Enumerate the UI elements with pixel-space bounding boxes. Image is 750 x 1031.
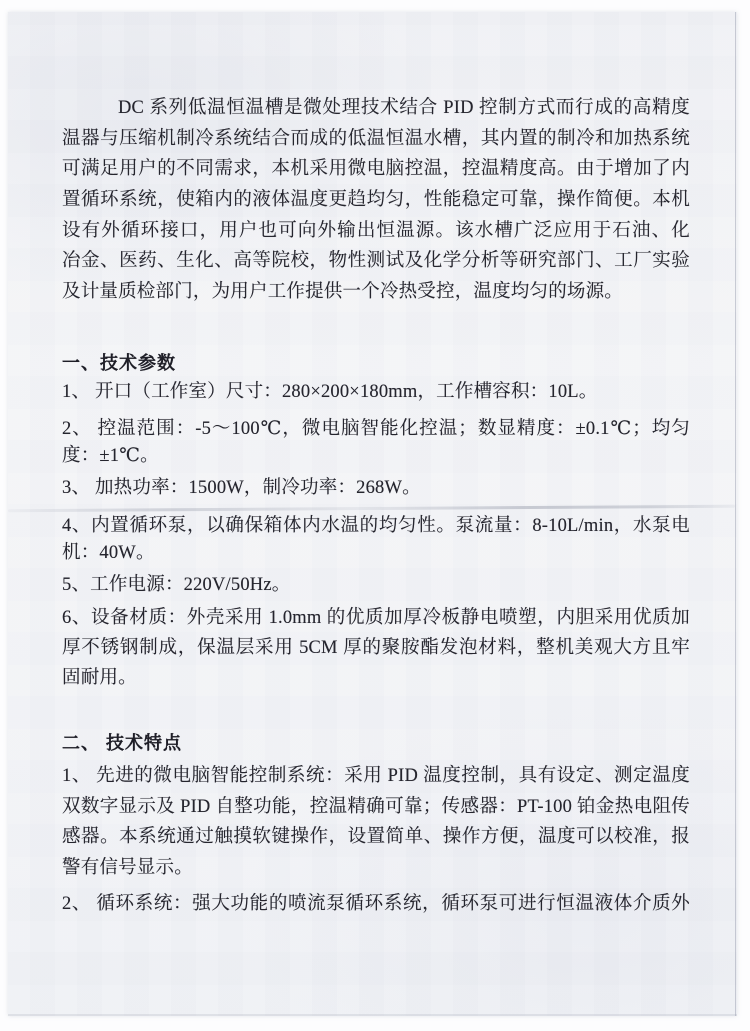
spec-item-line: 度：±1℃。 (62, 441, 690, 471)
intro-line: 温器与压缩机制冷系统结合而成的低温恒温水槽，其内置的制冷和加热系统 (62, 124, 690, 154)
spec-item-line: 5、工作电源：220V/50Hz。 (62, 570, 690, 600)
section-1-heading: 一、技术参数 (62, 348, 690, 378)
spec-item-line: 2、 控温范围：-5～100℃，微电脑智能化控温；数显精度：±0.1℃；均匀 (62, 414, 690, 444)
text-column: DC 系列低温恒温槽是微处理技术结合 PID 控制方式而行成的高精度恒 温器与压… (62, 0, 690, 1031)
intro-line: 冶金、医药、生化、高等院校，物性测试及化学分析等研究部门、工厂实验 (62, 246, 690, 276)
feature-item-line: 2、 循环系统：强大功能的喷流泵循环系统，循环泵可进行恒温液体介质外 (62, 889, 690, 919)
intro-line: DC 系列低温恒温槽是微处理技术结合 PID 控制方式而行成的高精度恒 (62, 93, 690, 123)
paper-edge-right (735, 12, 736, 1016)
section-2-heading: 二、 技术特点 (62, 728, 690, 758)
intro-line: 置循环系统，使箱内的液体温度更趋均匀，性能稳定可靠，操作简便。本机 (62, 185, 690, 215)
intro-line: 可满足用户的不同需求，本机采用微电脑控温，控温精度高。由于增加了内 (62, 154, 690, 184)
spec-item-line: 厚不锈钢制成，保温层采用 5CM 厚的聚胺酯发泡材料，整机美观大方且牢 (62, 633, 690, 663)
spec-item-line: 机：40W。 (62, 538, 690, 568)
spec-item-line: 3、 加热功率：1500W，制冷功率：268W。 (62, 473, 690, 503)
scanned-document-page: DC 系列低温恒温槽是微处理技术结合 PID 控制方式而行成的高精度恒 温器与压… (0, 0, 750, 1031)
spec-item-line: 4、内置循环泵，以确保箱体内水温的均匀性。泵流量：8-10L/min，水泵电 (62, 511, 690, 541)
feature-item-line: 警有信号显示。 (62, 853, 690, 883)
feature-item-line: 感器。本系统通过触摸软键操作，设置简单、操作方便，温度可以校准，报 (62, 822, 690, 852)
feature-item-line: 双数字显示及 PID 自整功能，控温精确可靠；传感器：PT-100 铂金热电阻传 (62, 792, 690, 822)
intro-line: 设有外循环接口，用户也可向外输出恒温源。该水槽广泛应用于石油、化工、 (62, 216, 690, 246)
spec-item-line: 6、设备材质：外壳采用 1.0mm 的优质加厚冷板静电喷塑，内胆采用优质加 (62, 603, 690, 633)
spec-item-line: 1、 开口（工作室）尺寸：280×200×180mm，工作槽容积：10L。 (62, 377, 690, 407)
feature-item-line: 1、 先进的微电脑智能控制系统：采用 PID 温度控制，具有设定、测定温度 (62, 761, 690, 791)
intro-line: 及计量质检部门，为用户工作提供一个冷热受控，温度均匀的场源。 (62, 277, 690, 307)
spec-item-line: 固耐用。 (62, 663, 690, 693)
